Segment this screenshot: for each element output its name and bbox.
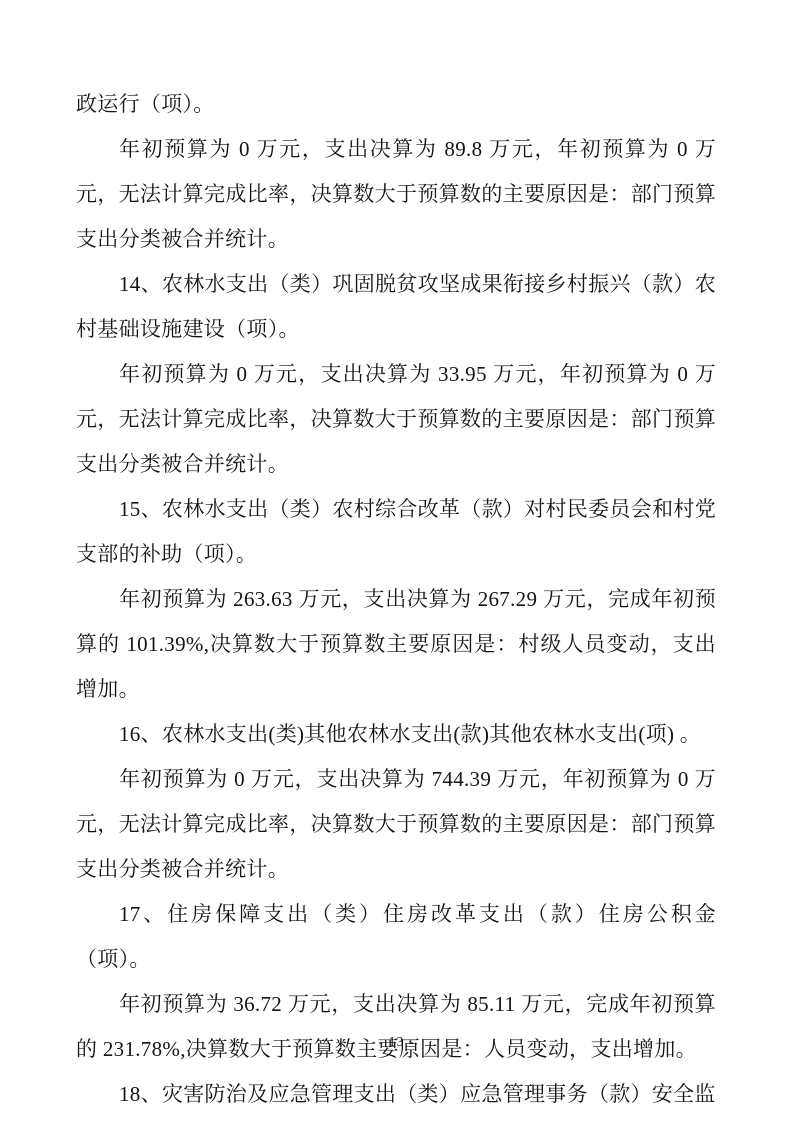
paragraph-item-15-detail: 年初预算为 263.63 万元，支出决算为 267.29 万元，完成年初预算的 … [76, 577, 716, 712]
document-body: 政运行（项）。 年初预算为 0 万元，支出决算为 89.8 万元，年初预算为 0… [76, 82, 716, 1117]
document-page: 政运行（项）。 年初预算为 0 万元，支出决算为 89.8 万元，年初预算为 0… [0, 0, 793, 1122]
paragraph-item-16-title: 16、农林水支出(类)其他农林水支出(款)其他农林水支出(项) 。 [76, 712, 716, 757]
paragraph-item-14-title: 14、农林水支出（类）巩固脱贫攻坚成果衔接乡村振兴（款）农村基础设施建设（项）。 [76, 262, 716, 352]
paragraph-budget-detail-13: 年初预算为 0 万元，支出决算为 89.8 万元，年初预算为 0 万元，无法计算… [76, 127, 716, 262]
paragraph-item-18-title: 18、灾害防治及应急管理支出（类）应急管理事务（款）安全监 [76, 1072, 716, 1117]
paragraph-item-16-detail: 年初预算为 0 万元，支出决算为 744.39 万元，年初预算为 0 万元，无法… [76, 757, 716, 892]
paragraph-continuation: 政运行（项）。 [76, 82, 716, 127]
paragraph-item-17-detail: 年初预算为 36.72 万元，支出决算为 85.11 万元，完成年初预算的 23… [76, 982, 716, 1072]
page-number: - 13 - [378, 1035, 414, 1050]
paragraph-item-14-detail: 年初预算为 0 万元，支出决算为 33.95 万元，年初预算为 0 万元，无法计… [76, 352, 716, 487]
paragraph-item-17-title: 17、住房保障支出（类）住房改革支出（款）住房公积金（项）。 [76, 892, 716, 982]
paragraph-item-15-title: 15、农林水支出（类）农村综合改革（款）对村民委员会和村党支部的补助（项）。 [76, 487, 716, 577]
page-footer: - 13 - [0, 1033, 793, 1053]
